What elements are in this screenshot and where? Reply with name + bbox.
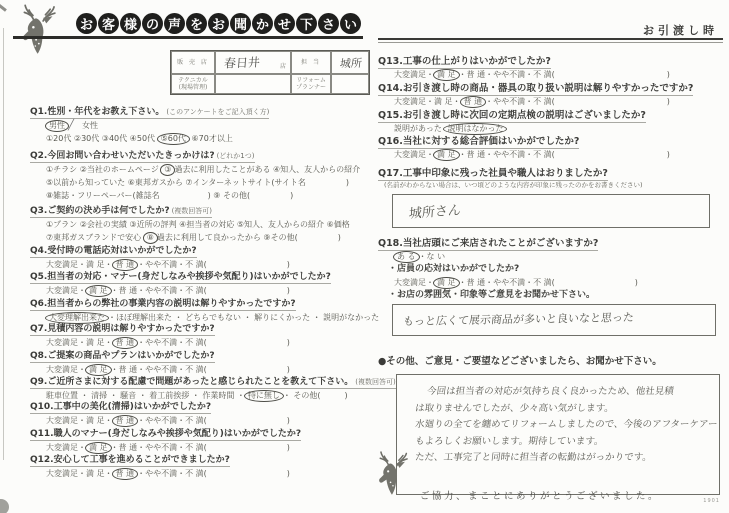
question-number: Q9. <box>30 377 47 387</box>
circled-answer: 普 通 <box>112 468 139 480</box>
option-text: 大変満足・満 足・ <box>394 97 461 106</box>
title-badge: の <box>142 13 163 34</box>
question-title: Q18.当社店頭にご来店されたことがございますか? <box>378 237 726 250</box>
answer-line: ①チラシ ②当社のホームページ ③過去に利用したことがある ④知人、友人からの紹… <box>30 163 372 176</box>
question-text: 担当者からの弊社の事業内容の説明は解りやすかったですか? <box>47 299 295 309</box>
handwritten-answer: もっと広くて展示商品が多いと良いなと思った <box>402 309 635 329</box>
option-text: ・やや不満・不 満( ) <box>137 469 290 478</box>
option-text: ⑥70才以上 <box>189 134 233 143</box>
question-number: Q6. <box>30 299 47 309</box>
question-q7: Q7.見積内容の説明は解りやすかったですか? 大変満足・満 足・普 通・やや不満… <box>30 323 372 349</box>
question-number: Q13. <box>378 56 403 67</box>
store-unit: 店 <box>280 61 286 70</box>
option-text: 大変満足・満 足・ <box>46 260 113 269</box>
answer-line: 大変満足・満 足・普 通・やや不満・不 満( ) <box>378 148 726 161</box>
answer-line: 大変満足・満 足・普 通・やや不満・不 満( ) <box>30 363 372 376</box>
handwritten-answer: 城所さん <box>408 199 461 222</box>
question-q1: Q1.性別・年代をお教え下さい。(このアンケートをご記入頂く方) 男性╱ 女性 … <box>30 106 372 145</box>
section-rule <box>378 38 723 43</box>
option-text: ・やや不満・不 満( ) <box>485 97 670 106</box>
option-text: 駐車位置 ・ 清掃 ・ 騒音 ・ 着工前挨拶 ・ 作業時間 ・ <box>46 391 245 400</box>
title-badge: か <box>252 13 273 34</box>
question-q5: Q5.担当者の対応・マナー(身だしなみや挨拶や気配り)はいかがでしたか? 大変満… <box>30 271 372 297</box>
question-note: (複数回答可) <box>172 207 212 215</box>
circled-answer: 説明はなかった <box>443 123 507 135</box>
question-text: ご提案の商品やプランはいかがでしたか? <box>47 351 214 361</box>
question-q3: Q3.ご契約の決め手は何でしたか?(複数回答可) ①プラン ②会社の実績 ③近所… <box>30 205 372 244</box>
option-text: ・普 通・やや不満・不 満( ) <box>459 70 670 79</box>
question-title: Q17.工事中印象に残った社員や職人はおりましたか? <box>378 167 726 180</box>
title-badge: お <box>208 13 229 34</box>
free-comments-box: 今回は担当者の対応が気持ち良く良かったため、他社見積 は取りませんでしたが、少々… <box>396 374 720 495</box>
option-text: ・普 通・やや不満・不 満( ) <box>111 443 290 452</box>
deer-logo-icon <box>15 0 65 56</box>
option-text: 過去に利用して良かったから ⑨その他( ) <box>157 233 341 242</box>
title-badge: お <box>76 13 97 34</box>
title-badge: い <box>340 13 361 34</box>
store-label: 販 売 店 <box>171 51 215 74</box>
option-text: ・普 通・やや不満・不 満( ) <box>111 286 290 295</box>
question-text: 性別・年代をお教え下さい。 <box>47 107 164 117</box>
option-text: ①プラン ②会社の実績 ③近所の評判 ④担当者の対応 ⑤知人、友人からの紹介 ⑥… <box>46 220 350 229</box>
option-text: 大変満足・満 足・ <box>46 338 113 347</box>
question-title: Q7.見積内容の説明は解りやすかったですか? <box>30 323 372 336</box>
question-number: Q11. <box>30 429 54 439</box>
answer-line: 大変満足・満 足・普 通・やや不満・不 満( ) <box>30 284 372 297</box>
title-badge: 声 <box>164 13 185 34</box>
question-text: ご近所さまに対する配慮で問題があったと感じられたことを教えて下さい。 <box>47 377 353 387</box>
question-text: 当社に対する総合評価はいかがでしたか? <box>403 136 580 147</box>
option-text: ⑦東邦ガスブランドで安心 <box>46 233 144 242</box>
answer-line: 説明があった 説明はなかった <box>378 122 726 135</box>
title-badge: せ <box>274 13 295 34</box>
circled-answer: 満 足 <box>433 69 460 81</box>
option-text: ・ほぼ理解出来た ・ どちらでもない ・ 解りにくかった ・ 説明がなかった <box>108 313 379 322</box>
footer-thanks: ご協力、まことにありがとうございました。 <box>420 488 660 502</box>
question-title: Q13.工事の仕上がりはいかがでしたか? <box>378 55 726 68</box>
handwriting-line: 水廻りの全てを纏めてリフォームしましたので、今後のアフターケアー <box>414 417 716 434</box>
staff-table: 販 売 店 春日井 店 担 当 城所 テクニカル (現場管理) リフォーム プラ… <box>170 50 370 95</box>
circled-answer: 満 足 <box>85 442 112 454</box>
answer-line: 男性╱ 女性 <box>30 119 372 132</box>
question-text: 担当者の対応・マナー(身だしなみや挨拶や気配り)はいかがでしたか? <box>47 272 330 282</box>
option-text: 大変満足・ <box>46 286 86 295</box>
question-q14: Q14.お引き渡し時の商品・器具の取り扱い説明は解りやすかったですか? 大変満足… <box>378 82 726 108</box>
question-q2: Q2.今回お問い合わせいただいたきっかけは?(どれか1つ) ①チラシ ②当社のホ… <box>30 150 372 202</box>
title-badge: 下 <box>296 13 317 34</box>
option-text: ・普 通・やや不満・不 満( ) <box>459 150 670 159</box>
question-text: 工事中印象に残った社員や職人はおりましたか? <box>403 168 608 179</box>
question-text: お引き渡し時の商品・器具の取り扱い説明は解りやすかったですか? <box>403 83 694 94</box>
question-q10: Q10.工事中の美化(清掃)はいかがでしたか? 大変満足・満 足・普 通・やや不… <box>30 401 372 427</box>
question-note: (どれか1つ) <box>217 152 255 160</box>
question-number: Q5. <box>30 272 47 282</box>
circled-answer: あ る <box>393 251 420 263</box>
answer-line: ①プラン ②会社の実績 ③近所の評判 ④担当者の対応 ⑤知人、友人からの紹介 ⑥… <box>30 218 372 231</box>
handwriting-line: もよろしくお願いします。期待しています。 <box>414 434 716 451</box>
scan-corner-artifact <box>0 499 9 513</box>
planner-label: リフォーム プランナー <box>291 74 331 94</box>
question-q15: Q15.お引き渡し時に次回の定期点検の説明はございましたか? 説明があった 説明… <box>378 109 726 135</box>
answer-line: あ る・な い <box>378 250 726 263</box>
question-title: Q2.今回お問い合わせいただいたきっかけは?(どれか1つ) <box>30 150 372 163</box>
sub-question: ・店員の応対はいかがでしたか? <box>378 263 726 276</box>
question-title: Q14.お引き渡し時の商品・器具の取り扱い説明は解りやすかったですか? <box>378 82 726 95</box>
question-text: 受付時の電話応対はいかがでしたか? <box>47 246 196 256</box>
question-q12: Q12.安心して工事を進めることができましたか? 大変満足・満 足・普 通・やや… <box>30 454 372 480</box>
question-text: ご契約の決め手は何でしたか? <box>47 206 169 216</box>
question-title: Q6.担当者からの弊社の事業内容の説明は解りやすかったですか? <box>30 298 372 311</box>
question-text: 職人のマナー(身だしなみや挨拶や気配り)はいかがでしたか? <box>54 429 301 439</box>
question-text: 見積内容の説明は解りやすかったですか? <box>47 324 214 334</box>
question-title: Q4.受付時の電話応対はいかがでしたか? <box>30 245 372 258</box>
technical-value-cell <box>215 74 291 94</box>
circled-answer: 普 通 <box>112 415 139 427</box>
question-q16: Q16.当社に対する総合評価はいかがでしたか? 大変満足・満 足・普 通・やや不… <box>378 135 726 161</box>
handwriting-line: ただ、工事完了と同時に担当者の転勤はがっかりです。 <box>414 450 716 467</box>
answer-line: 大変満足・満 足・普 通・やや不満・不 満( ) <box>378 68 726 81</box>
option-text: ・やや不満・不 満( ) <box>137 260 290 269</box>
question-number: Q16. <box>378 136 403 147</box>
question-number: Q14. <box>378 83 403 94</box>
circled-answer: 男性 <box>45 120 69 132</box>
option-text: ・な い <box>419 252 446 261</box>
option-text: ①チラシ ②当社のホームページ <box>46 165 161 174</box>
question-number: Q18. <box>378 238 403 249</box>
option-text: ・やや不満・不 満( ) <box>137 338 290 347</box>
circled-answer: ⑧ <box>143 232 158 244</box>
other-comments-section: ●その他、ご意見・ご要望などございましたら、お聞かせ下さい。 今回は担当者の対応… <box>378 355 726 495</box>
store-value-cell: 春日井 店 <box>215 51 291 74</box>
option-text: ・やや不満・不 満( ) <box>137 416 290 425</box>
question-title: Q10.工事中の美化(清掃)はいかがでしたか? <box>30 401 372 414</box>
answer-line: ⑧雑誌・フリーペーパー(雑誌名 ) ⑨ その他( ) <box>30 189 372 202</box>
handwritten-comment: 今回は担当者の対応が気持ち良く良かったため、他社見積 は取りませんでしたが、少々… <box>397 375 719 467</box>
question-q13: Q13.工事の仕上がりはいかがでしたか? 大変満足・満 足・普 通・やや不満・不… <box>378 55 726 81</box>
question-hint: (名前がわからない場合は、いつ頃どのような内容が印象に残ったのかをお書きください… <box>378 180 726 191</box>
scan-corner-artifact <box>0 3 7 12</box>
question-text: 工事の仕上がりはいかがでしたか? <box>403 56 551 67</box>
circled-answer: 普 通 <box>112 259 139 271</box>
circled-answer: 満 足 <box>85 364 112 376</box>
question-q18: Q18.当社店頭にご来店されたことがございますか? あ る・な い ・店員の応対… <box>378 237 726 336</box>
circled-answer: 満 足 <box>433 277 460 289</box>
question-text: お引き渡し時に次回の定期点検の説明はございましたか? <box>403 110 646 121</box>
store-handwriting: 春日井 <box>223 53 260 71</box>
question-number: Q15. <box>378 110 403 121</box>
answer-line: ⑤以前から知っていた ⑥東邦ガスから ⑦インターネットサイト(サイト名 ) <box>30 176 372 189</box>
handwriting-line: は取りませんでしたが、少々高い気がします。 <box>414 401 716 418</box>
option-text: 大変満足・ <box>46 443 86 452</box>
option-text: ・ その他( ) <box>283 391 348 400</box>
option-text: 大変満足・満 足・ <box>46 469 113 478</box>
question-text: 当社店頭にご来店されたことがございますか? <box>403 238 599 249</box>
option-text: ・普 通・やや不満・不 満( ) <box>111 365 290 374</box>
circled-answer: 満 足 <box>433 149 460 161</box>
deer-logo-icon <box>372 446 416 498</box>
staff-handwriting: 城所 <box>339 54 363 70</box>
title-badge: を <box>186 13 207 34</box>
option-text: ・普 通・やや不満・不 満( ) <box>459 278 638 287</box>
free-answer-box: 城所さん <box>392 194 710 228</box>
answer-line: ①20代 ②30代 ③40代 ④50代 ⑤60代 ⑥70才以上 <box>30 132 372 145</box>
question-number: Q3. <box>30 206 47 216</box>
question-q9: Q9.ご近所さまに対する配慮で問題があったと感じられたことを教えて下さい。(複数… <box>30 376 372 402</box>
circled-answer: 普 通 <box>460 96 487 108</box>
circled-answer: 普 通 <box>112 337 139 349</box>
answer-line: ⑦東邦ガスブランドで安心 ⑧過去に利用して良かったから ⑨その他( ) <box>30 231 372 244</box>
question-text: 今回お問い合わせいただいたきっかけは? <box>47 151 214 161</box>
title-badge: 様 <box>120 13 141 34</box>
question-q4: Q4.受付時の電話応対はいかがでしたか? 大変満足・満 足・普 通・やや不満・不… <box>30 245 372 271</box>
question-title: Q5.担当者の対応・マナー(身だしなみや挨拶や気配り)はいかがでしたか? <box>30 271 372 284</box>
question-title: Q12.安心して工事を進めることができましたか? <box>30 454 372 467</box>
option-text: 過去に利用したことがある ④知人、友人からの紹介 <box>174 165 360 174</box>
technical-label: テクニカル (現場管理) <box>171 74 215 94</box>
option-text: 大変満足・満 足・ <box>46 416 113 425</box>
question-number: Q8. <box>30 351 47 361</box>
circled-answer: 満 足 <box>85 285 112 297</box>
question-title: Q8.ご提案の商品やプランはいかがでしたか? <box>30 350 372 363</box>
title-badge: 客 <box>98 13 119 34</box>
question-text: 工事中の美化(清掃)はいかがでしたか? <box>54 402 211 412</box>
question-number: Q7. <box>30 324 47 334</box>
title-badge: 聞 <box>230 13 251 34</box>
option-text: 大変満足・ <box>394 278 434 287</box>
answer-line: 大変満足・満 足・普 通・やや不満・不 満( ) <box>30 258 372 271</box>
question-text: 安心して工事を進めることができましたか? <box>54 455 230 465</box>
scan-edge-artifact <box>3 28 4 460</box>
question-title: Q11.職人のマナー(身だしなみや挨拶や気配り)はいかがでしたか? <box>30 428 372 441</box>
question-number: Q1. <box>30 107 47 117</box>
free-answer-box: もっと広くて展示商品が多いと良いなと思った <box>392 304 716 336</box>
option-text: ⑤以前から知っていた ⑥東邦ガスから ⑦インターネットサイト(サイト名 ) <box>46 178 349 187</box>
scanned-survey-page: お 客 様 の 声 を お 聞 か せ 下 さ い お引渡し時 販 売 店 春日… <box>0 0 729 513</box>
question-number: Q12. <box>30 455 54 465</box>
section-title-delivery: お引渡し時 <box>643 22 718 38</box>
page-number: 1901 <box>703 498 720 504</box>
answer-line: 大変満足・満 足・普 通・やや不満・不 満( ) <box>378 95 726 108</box>
staff-label: 担 当 <box>291 51 331 74</box>
question-q17: Q17.工事中印象に残った社員や職人はおりましたか? (名前がわからない場合は、… <box>378 167 726 228</box>
staff-value-cell: 城所 <box>331 51 369 74</box>
question-note: (このアンケートをご記入頂く方) <box>166 108 269 116</box>
header-rule <box>13 36 363 39</box>
answer-line: 大変満足・満 足・普 通・やや不満・不 満( ) <box>30 467 372 480</box>
question-title: Q3.ご契約の決め手は何でしたか?(複数回答可) <box>30 205 372 218</box>
question-number: Q4. <box>30 246 47 256</box>
question-q8: Q8.ご提案の商品やプランはいかがでしたか? 大変満足・満 足・普 通・やや不満… <box>30 350 372 376</box>
option-text: 大変満足・ <box>394 70 434 79</box>
question-number: Q2. <box>30 151 47 161</box>
option-text: 女性 <box>74 121 98 130</box>
answer-line: 大変満足・満 足・普 通・やや不満・不 満( ) <box>30 441 372 454</box>
planner-value-cell <box>331 74 369 94</box>
question-title: Q15.お引き渡し時に次回の定期点検の説明はございましたか? <box>378 109 726 122</box>
option-text: 説明があった <box>394 124 444 133</box>
answer-line: 大変満足・満 足・普 通・やや不満・不 満( ) <box>30 336 372 349</box>
option-text: 大変満足・ <box>394 150 434 159</box>
question-number: Q10. <box>30 402 54 412</box>
answer-line: 大変満足・満 足・普 通・やや不満・不 満( ) <box>30 414 372 427</box>
page-title: お 客 様 の 声 を お 聞 か せ 下 さ い <box>76 13 361 34</box>
option-text: 大変満足・ <box>46 365 86 374</box>
title-badge: さ <box>318 13 339 34</box>
answer-line: 大変満足・満 足・普 通・やや不満・不 満( ) <box>378 276 726 289</box>
question-title: Q16.当社に対する総合評価はいかがでしたか? <box>378 135 726 148</box>
option-text: ⑧雑誌・フリーペーパー(雑誌名 ) ⑨ その他( ) <box>46 191 293 200</box>
other-comments-label: ●その他、ご意見・ご要望などございましたら、お聞かせ下さい。 <box>378 355 726 368</box>
handwriting-line: 今回は担当者の対応が気持ち良く良かったため、他社見積 <box>414 384 716 401</box>
question-number: Q17. <box>378 168 403 179</box>
question-title: Q9.ご近所さまに対する配慮で問題があったと感じられたことを教えて下さい。(複数… <box>30 376 372 389</box>
question-title: Q1.性別・年代をお教え下さい。(このアンケートをご記入頂く方) <box>30 106 372 119</box>
option-text: ①20代 ②30代 ③40代 ④50代 <box>46 134 158 143</box>
question-q6: Q6.担当者からの弊社の事業内容の説明は解りやすかったですか? 大変理解出来た・… <box>30 298 372 324</box>
circled-answer: ⑤60代 <box>157 133 190 145</box>
sub-question: ・お店の雰囲気・印象等ご意見をお聞かせ下さい。 <box>378 289 726 302</box>
question-q11: Q11.職人のマナー(身だしなみや挨拶や気配り)はいかがでしたか? 大変満足・満… <box>30 428 372 454</box>
